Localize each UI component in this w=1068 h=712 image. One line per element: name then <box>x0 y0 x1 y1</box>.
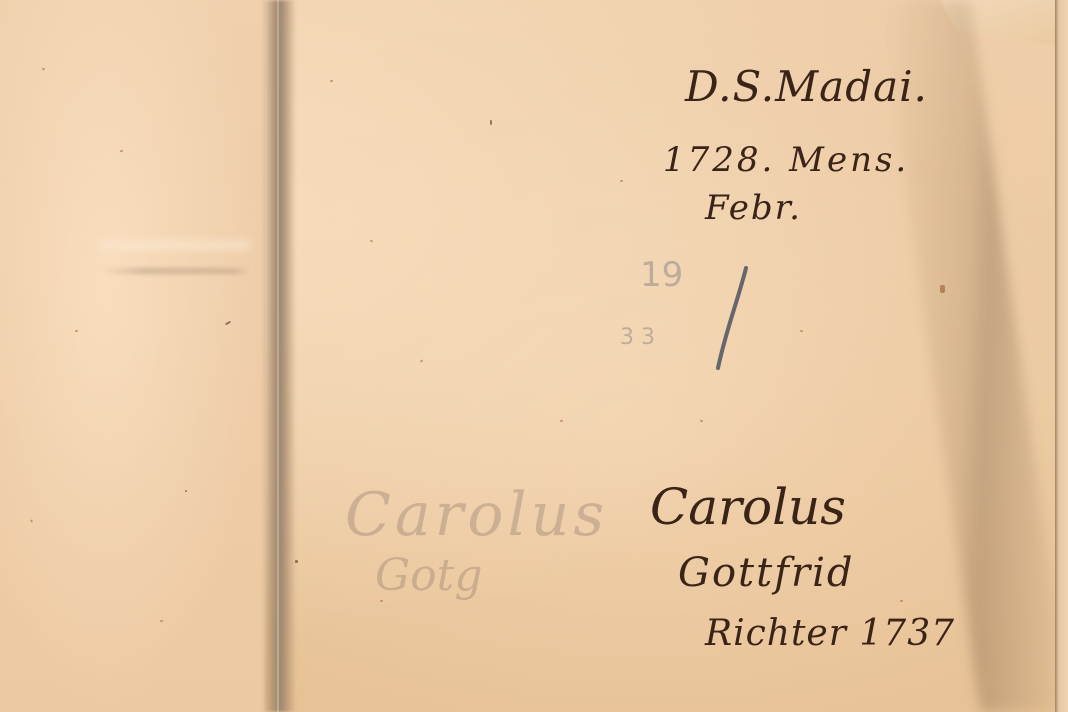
paper-crease-highlight <box>100 240 250 250</box>
pencil-number-top: 19 <box>640 255 683 295</box>
pencil-number-bottom: 3 3 <box>620 325 655 350</box>
signature-first-name: Carolus <box>650 478 846 536</box>
binding-gutter <box>262 0 296 712</box>
left-flyleaf <box>0 0 265 712</box>
gutter-line <box>277 0 279 712</box>
inscription-month: Febr. <box>705 188 802 228</box>
page-edge <box>1055 0 1068 712</box>
faded-line-2: Gotg <box>375 550 483 601</box>
signature-surname-year: Richter 1737 <box>705 613 955 654</box>
paper-crease <box>100 268 250 274</box>
manuscript-page: D.S.Madai. 1728. Mens. Febr. 19 3 3 Caro… <box>0 0 1068 712</box>
pencil-stroke <box>700 260 760 380</box>
faded-line-1: Carolus <box>345 480 608 550</box>
inscription-year: 1728. Mens. <box>663 140 909 180</box>
inscription-name: D.S.Madai. <box>685 62 928 111</box>
signature-middle-name: Gottfrid <box>678 550 855 596</box>
